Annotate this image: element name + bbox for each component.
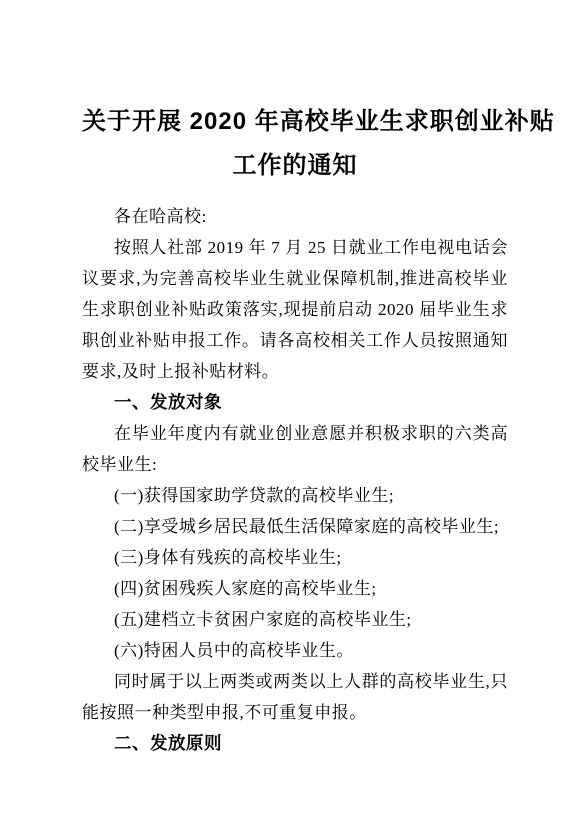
section-1-lead-paragraph: 在毕业年度内有就业创业意愿并积极求职的六类高校毕业生:	[82, 418, 508, 480]
list-item-4: (四)贫困残疾人家庭的高校毕业生;	[82, 573, 508, 604]
list-item-2: (二)享受城乡居民最低生活保障家庭的高校毕业生;	[82, 511, 508, 542]
section-2-heading: 二、发放原则	[82, 728, 508, 759]
document-title-line-1: 关于开展 2020 年高校毕业生求职创业补贴	[82, 100, 508, 144]
list-item-3: (三)身体有残疾的高校毕业生;	[82, 542, 508, 573]
combination-note-paragraph: 同时属于以上两类或两类以上人群的高校毕业生,只能按照一种类型申报,不可重复申报。	[82, 666, 508, 728]
document-title: 关于开展 2020 年高校毕业生求职创业补贴 工作的通知	[82, 100, 508, 188]
intro-paragraph: 按照人社部 2019 年 7 月 25 日就业工作电视电话会议要求,为完善高校毕…	[82, 232, 508, 387]
document-page: 关于开展 2020 年高校毕业生求职创业补贴 工作的通知 各在哈高校: 按照人社…	[0, 0, 588, 823]
section-1-heading: 一、发放对象	[82, 387, 508, 418]
list-item-1: (一)获得国家助学贷款的高校毕业生;	[82, 480, 508, 511]
document-title-line-2: 工作的通知	[82, 144, 508, 188]
salutation: 各在哈高校:	[82, 201, 508, 232]
list-item-5: (五)建档立卡贫困户家庭的高校毕业生;	[82, 604, 508, 635]
list-item-6: (六)特困人员中的高校毕业生。	[82, 635, 508, 666]
